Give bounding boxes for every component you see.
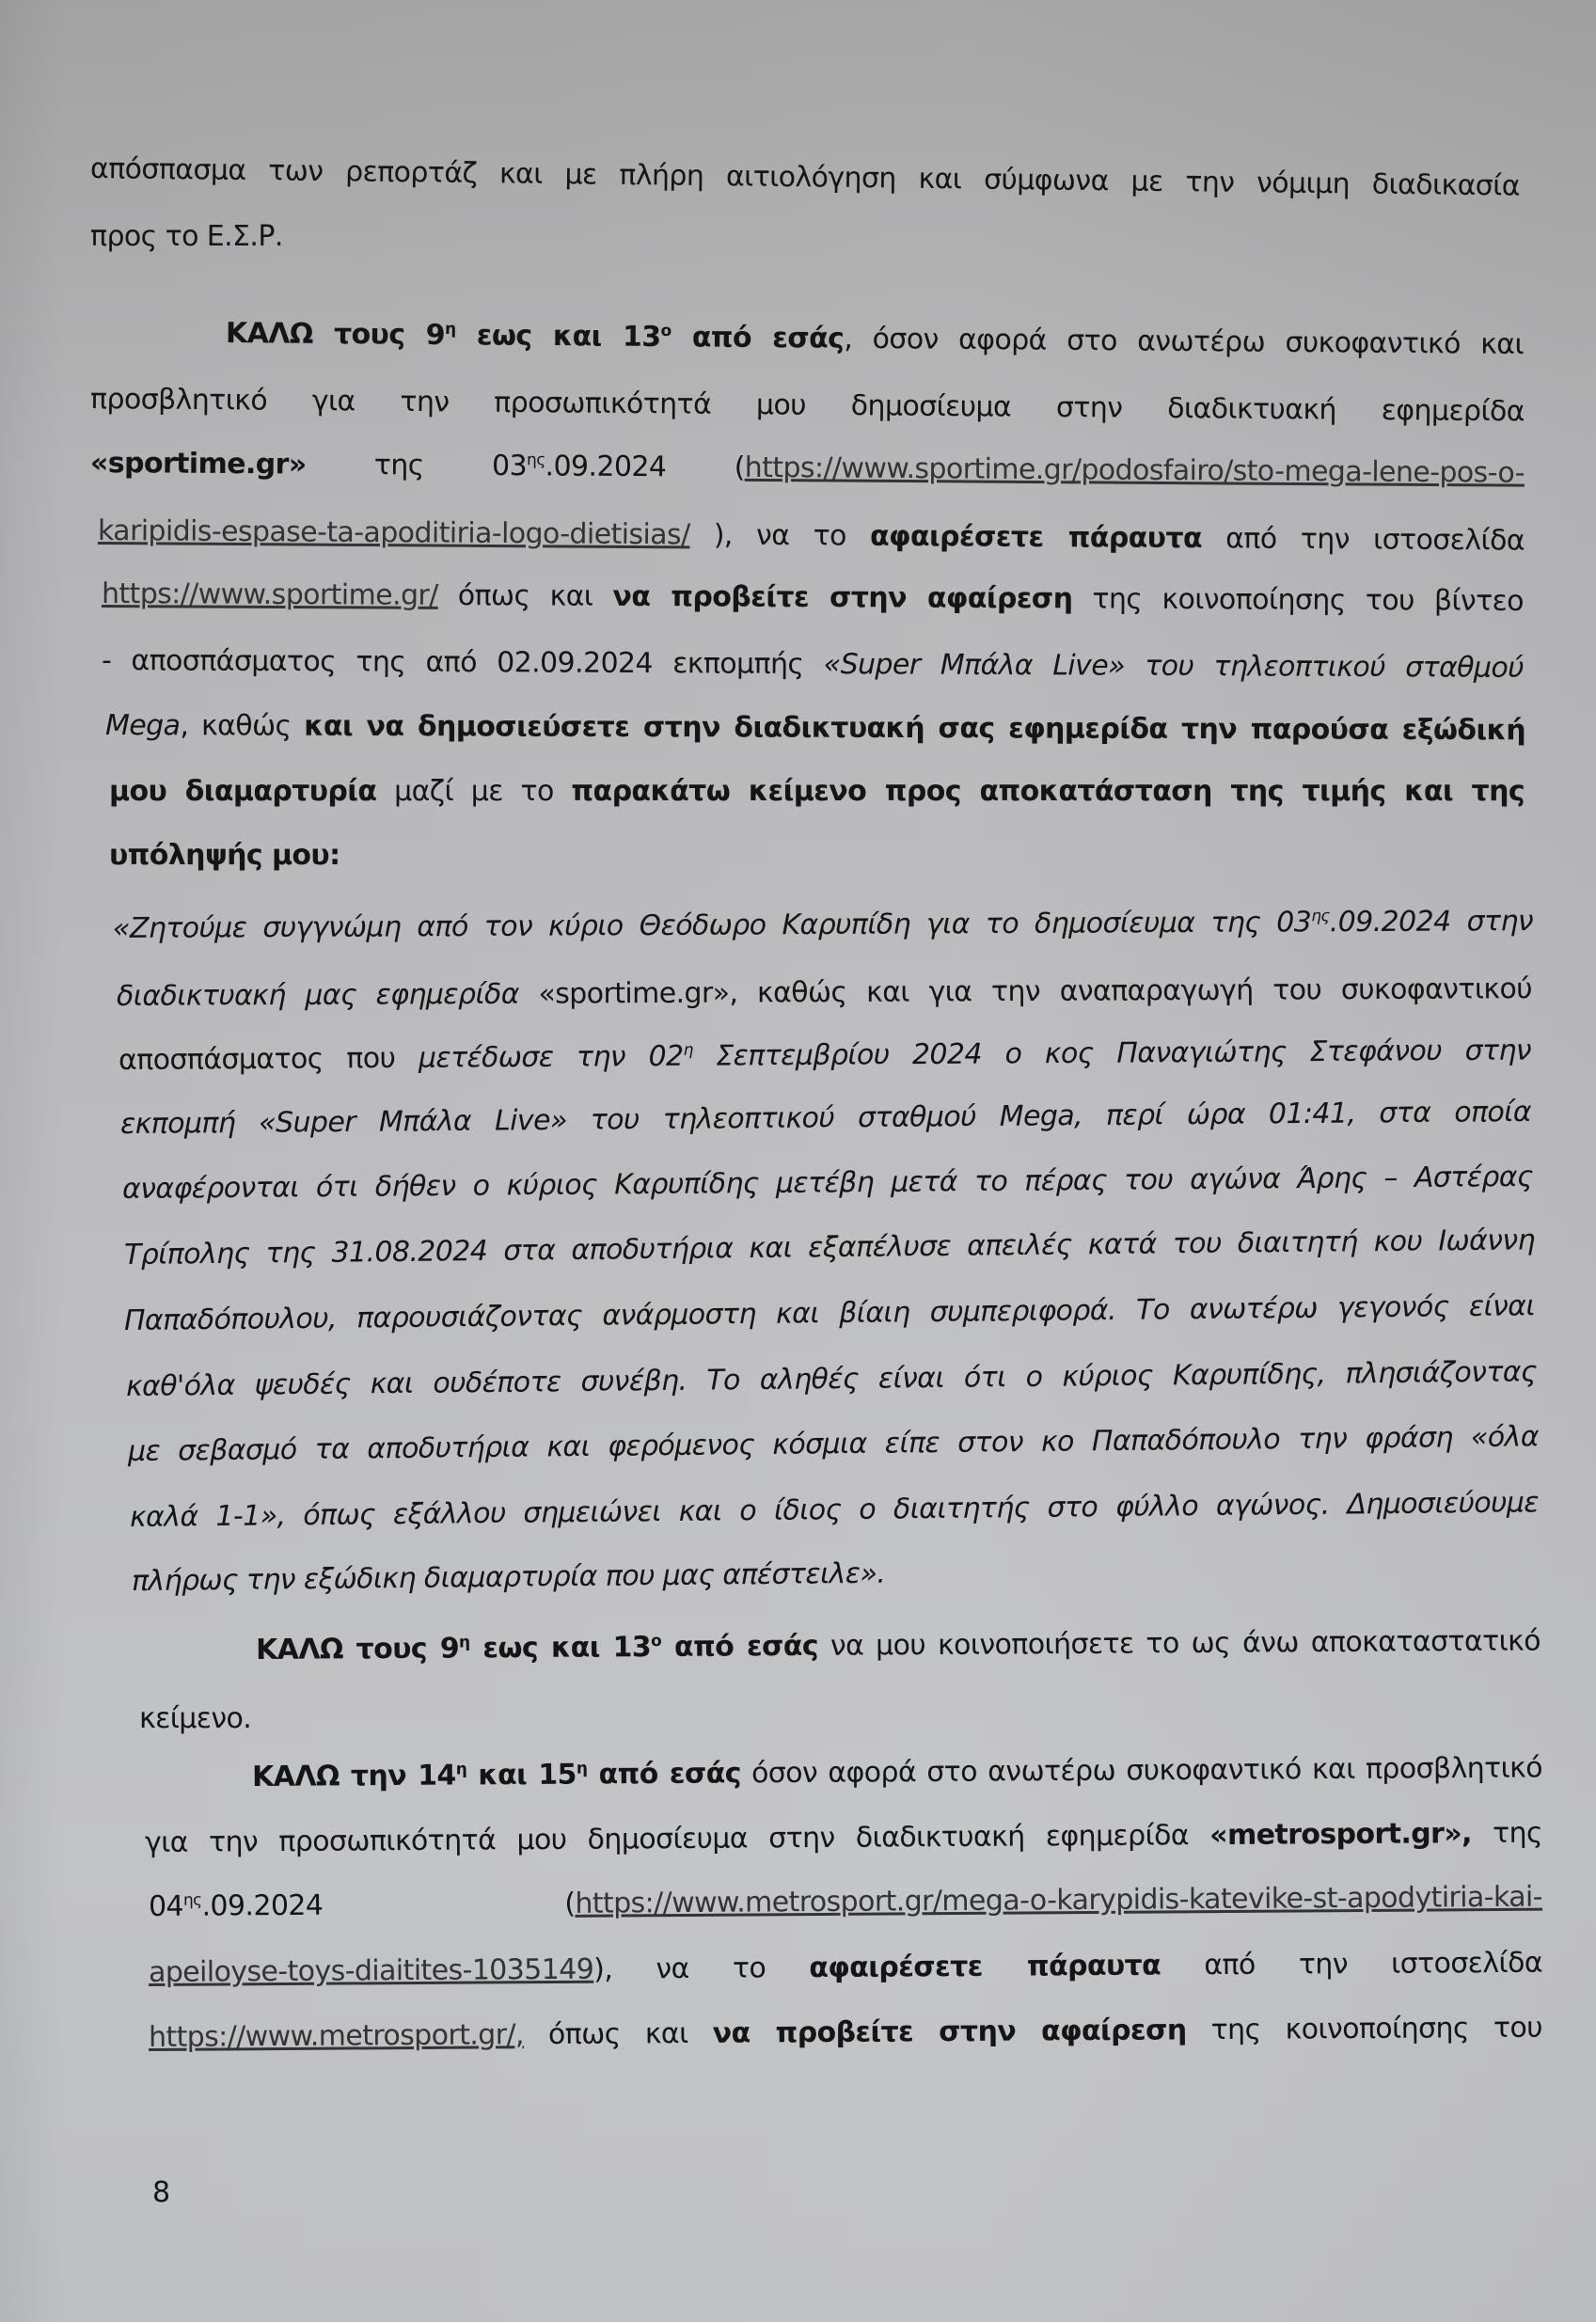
text-span: εως και 13: [455, 319, 660, 354]
text-line: Mega, καθώς και να δημοσιεύσετε στην δια…: [105, 707, 1525, 750]
page-number: 8: [152, 2176, 170, 2209]
document-page: απόσπασμα των ρεπορτάζ και με πλήρη αιτι…: [0, 0, 1596, 2322]
text-span: «metrosport.gr»,: [1209, 1817, 1472, 1852]
text-span: πλήρως την εξώδικη διαμαρτυρία που μας α…: [132, 1557, 886, 1598]
text-span: μετέδωσε την 02: [419, 1040, 684, 1075]
text-span: η: [459, 1633, 470, 1651]
text-span: από την ιστοσελίδα: [1161, 1947, 1542, 1982]
text-span: της 03: [306, 449, 527, 483]
text-span: όσον αφορά στο ανωτέρω συκοφαντικό και π…: [741, 1751, 1542, 1790]
text-line: υπόληψής μου:: [109, 837, 340, 875]
text-line: https://www.sportime.gr/ όπως και να προ…: [102, 576, 1524, 621]
text-span: ο: [660, 322, 671, 340]
text-span: να προβείτε στην αφαίρεση: [612, 580, 1072, 616]
url-link[interactable]: https://www.metrosport.gr/,: [149, 2018, 524, 2054]
text-line: προς το Ε.Σ.Ρ.: [90, 218, 283, 256]
text-span: αφαιρέσετε πάραυτα: [870, 520, 1202, 555]
text-span: απόσπασμα των ρεπορτάζ και με πλήρη αιτι…: [90, 152, 1520, 203]
text-span: παρακάτω κείμενο προς αποκατάσταση της τ…: [571, 775, 1525, 808]
text-span: από την ιστοσελίδα: [1202, 522, 1525, 557]
text-span: της κοινοποίησης του: [1186, 2012, 1542, 2047]
text-span: για την προσωπικότητά μου δημοσίευμα στη…: [145, 1819, 1209, 1859]
url-link[interactable]: https://www.sportime.gr/podosfairo/sto-m…: [745, 451, 1525, 490]
text-span: ης: [1311, 907, 1330, 925]
text-span: καλά 1-1», όπως εξάλλου σημειώνει και ο …: [130, 1486, 1539, 1534]
text-span: «Super Μπάλα Live» του τηλεοπτικού σταθμ…: [824, 648, 1524, 685]
text-span: κείμενο.: [139, 1702, 251, 1735]
text-line: διαδικτυακή μας εφημερίδα «sportime.gr»,…: [117, 971, 1532, 1016]
text-span: Παπαδόπουλου, παρουσιάζοντας ανάρμοστη κ…: [124, 1289, 1535, 1337]
text-span: η: [683, 1041, 692, 1060]
text-span: Mega: [105, 709, 180, 742]
text-span: Τρίπολης της 31.08.2024 στα αποδυτήρια κ…: [124, 1224, 1535, 1272]
text-span: αποσπάσματος που: [119, 1042, 419, 1077]
text-span: καθ'όλα ψευδές και ουδέποτε συνέβη. Το α…: [126, 1355, 1537, 1403]
url-link[interactable]: karipidis-espase-ta-apoditiria-logo-diet…: [98, 514, 690, 551]
text-line: κείμενο.: [139, 1700, 251, 1738]
text-span: εκπομπή «Super Μπάλα Live» του τηλεοπτικ…: [120, 1096, 1531, 1141]
text-span: από εσάς: [661, 1630, 818, 1664]
url-link[interactable]: https://www.sportime.gr/: [102, 577, 438, 612]
text-span: αφαιρέσετε πάραυτα: [809, 1949, 1161, 1984]
text-span: ΚΑΛΩ τους 9: [256, 1632, 459, 1666]
text-line: https://www.metrosport.gr/, όπως και να …: [149, 2010, 1542, 2057]
url-link[interactable]: https://www.metrosport.gr/mega-o-karypid…: [575, 1881, 1542, 1920]
text-span: όπως και: [524, 2017, 713, 2051]
text-span: - αποσπάσματος της από 02.09.2024 εκπομπ…: [102, 644, 824, 681]
text-line: εκπομπή «Super Μπάλα Live» του τηλεοπτικ…: [120, 1094, 1531, 1144]
text-span: όπως και: [438, 579, 613, 613]
text-span: από εσάς: [671, 321, 844, 355]
text-span: από εσάς: [587, 1757, 741, 1791]
text-span: εως και 13: [469, 1631, 651, 1665]
text-span: ΚΑΛΩ την 14: [252, 1759, 456, 1793]
text-line: απόσπασμα των ρεπορτάζ και με πλήρη αιτι…: [90, 150, 1520, 206]
text-span: με σεβασμό τα αποδυτήρια και φερόμενος κ…: [128, 1420, 1539, 1468]
text-line: 04ης.09.2024 (https://www.metrosport.gr/…: [149, 1879, 1542, 1926]
text-line: αποσπάσματος που μετέδωσε την 02η Σεπτεμ…: [119, 1033, 1531, 1080]
text-line: καλά 1-1», όπως εξάλλου σημειώνει και ο …: [130, 1484, 1539, 1537]
text-line: για την προσωπικότητά μου δημοσίευμα στη…: [145, 1815, 1542, 1862]
text-span: .09.2024 (: [545, 450, 744, 483]
text-line: karipidis-espase-ta-apoditiria-logo-diet…: [98, 513, 1525, 561]
text-span: .09.2024 στην: [1330, 905, 1533, 939]
text-span: και να δημοσιεύσετε στην διαδικτυακή σας…: [304, 710, 1525, 748]
text-span: μαζί με το: [376, 775, 571, 808]
text-span: προσβλητικό για την προσωπικότητά μου δη…: [90, 383, 1525, 428]
text-span: , όσον αφορά στο ανωτέρω συκοφαντικό και: [844, 323, 1524, 361]
text-span: να μου κοινοποιήσετε το ως άνω αποκαταστ…: [818, 1624, 1541, 1662]
text-line: apeiloyse-toys-diaitites-1035149), να το…: [149, 1945, 1542, 1992]
url-link[interactable]: apeiloyse-toys-diaitites-1035149: [149, 1953, 593, 1989]
text-span: ), να το: [593, 1951, 809, 1986]
text-span: υπόληψής μου:: [109, 839, 340, 872]
text-line: αναφέρονται ότι δήθεν ο κύριος Καρυπίδης…: [122, 1159, 1533, 1208]
text-span: να προβείτε στην αφαίρεση: [713, 2014, 1187, 2050]
text-line: Παπαδόπουλου, παρουσιάζοντας ανάρμοστη κ…: [124, 1287, 1535, 1340]
text-line: καθ'όλα ψευδές και ουδέποτε συνέβη. Το α…: [126, 1353, 1537, 1406]
text-line: προσβλητικό για την προσωπικότητά μου δη…: [90, 381, 1525, 431]
text-span: η: [577, 1760, 588, 1778]
text-span: «sportime.gr», καθώς και για την αναπαρα…: [538, 972, 1532, 1011]
text-span: ο: [651, 1632, 661, 1651]
text-line: πλήρως την εξώδικη διαμαρτυρία που μας α…: [132, 1556, 886, 1601]
text-span: αναφέρονται ότι δήθεν ο κύριος Καρυπίδης…: [122, 1161, 1533, 1206]
text-line: ΚΑΛΩ τους 9η εως και 13ο από εσάς να μου…: [256, 1622, 1541, 1669]
text-span: της κοινοποίησης του βίντεο: [1072, 582, 1524, 618]
text-line: - αποσπάσματος της από 02.09.2024 εκπομπ…: [102, 642, 1524, 687]
text-span: μου διαμαρτυρία: [109, 775, 376, 808]
text-line: ΚΑΛΩ την 14η και 15η από εσάς όσον αφορά…: [252, 1749, 1542, 1796]
text-span: Σεπτεμβρίου 2024 ο κος Παναγιώτης Στεφάν…: [693, 1035, 1531, 1073]
text-span: «Ζητούμε συγγνώμη από τον κύριο Θεόδωρο …: [113, 906, 1311, 945]
text-line: ΚΑΛΩ τους 9η εως και 13ο από εσάς, όσον …: [226, 315, 1524, 364]
text-span: ης: [183, 1891, 202, 1910]
text-span: ης: [527, 450, 545, 469]
text-line: «sportime.gr» της 03ης.09.2024 (https://…: [90, 445, 1525, 493]
text-span: ), να το: [689, 518, 870, 552]
text-line: με σεβασμό τα αποδυτήρια και φερόμενος κ…: [128, 1418, 1539, 1471]
text-span: 04: [149, 1890, 183, 1923]
text-span: .09.2024 (: [201, 1888, 575, 1923]
text-span: , καθώς: [180, 709, 304, 742]
text-span: η: [445, 320, 456, 339]
text-line: μου διαμαρτυρία μαζί με το παρακάτω κείμ…: [109, 773, 1525, 811]
text-span: της: [1472, 1817, 1542, 1851]
text-span: η: [456, 1760, 467, 1778]
text-line: «Ζητούμε συγγνώμη από τον κύριο Θεόδωρο …: [113, 903, 1533, 948]
text-span: ΚΑΛΩ τους 9: [226, 317, 445, 352]
text-line: Τρίπολης της 31.08.2024 στα αποδυτήρια κ…: [124, 1222, 1535, 1274]
text-span: «sportime.gr»: [90, 447, 307, 482]
text-span: προς το Ε.Σ.Ρ.: [90, 220, 283, 253]
text-span: διαδικτυακή μας εφημερίδα: [117, 978, 539, 1013]
text-span: και 15: [466, 1759, 577, 1793]
